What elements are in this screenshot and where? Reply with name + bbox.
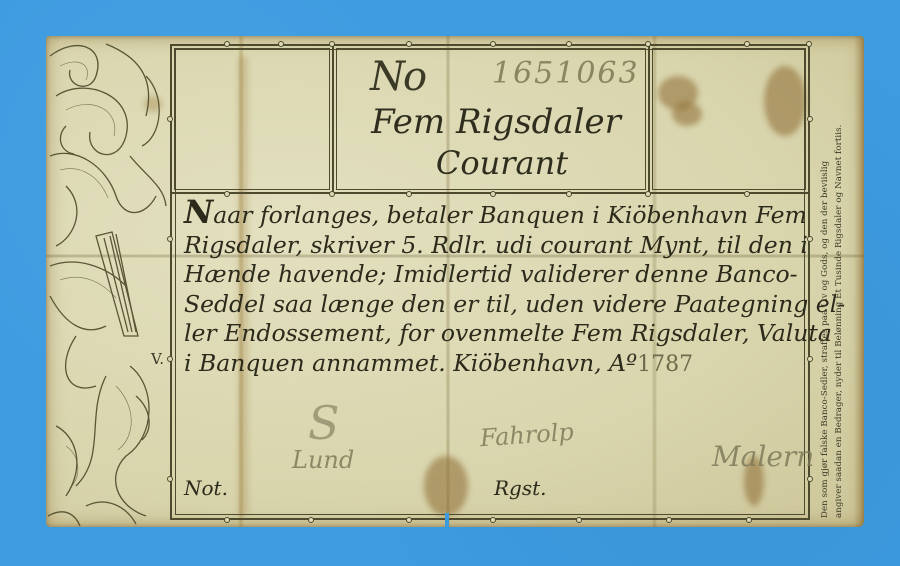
ornamental-scroll-panel — [46, 36, 170, 527]
promissory-text: Naar forlanges, betaler Banquen i Kiöben… — [184, 198, 806, 379]
frame-bead — [566, 191, 572, 197]
frame-bead — [666, 517, 672, 523]
frame-bead — [406, 191, 412, 197]
paper-tear — [445, 513, 449, 527]
header-box-right — [648, 44, 810, 194]
signature-right: Malern — [712, 440, 814, 473]
denomination-title: Fem Rigsdaler — [356, 102, 636, 142]
label-rgst: Rgst. — [494, 476, 547, 500]
frame-bead — [744, 41, 750, 47]
frame-bead — [576, 517, 582, 523]
frame-bead — [167, 236, 173, 242]
drop-cap: N — [184, 193, 213, 231]
issue-year: 1787 — [637, 352, 693, 377]
frame-bead — [167, 116, 173, 122]
frame-bead — [566, 41, 572, 47]
serial-label: No — [370, 54, 425, 100]
frame-bead — [167, 476, 173, 482]
serial-number: 1651063 — [492, 56, 640, 91]
frame-bead — [308, 517, 314, 523]
margin-line: angiver saadan en Bedrager, nyder til Be… — [834, 125, 844, 518]
frame-bead — [490, 41, 496, 47]
frame-bead — [224, 191, 230, 197]
margin-line: Den som gjør falske Banco-Sedler, straff… — [820, 161, 830, 518]
currency-title: Courant — [392, 144, 612, 182]
issue-label: Aº — [609, 349, 637, 377]
body-line: Rigsdaler, skriver 5. Rdlr. udi courant … — [184, 231, 806, 261]
frame-bead — [645, 191, 651, 197]
label-not: Not. — [184, 476, 228, 500]
signature-scrawl: S — [308, 396, 340, 450]
frame-bead — [490, 191, 496, 197]
frame-bead — [806, 41, 812, 47]
frame-bead — [406, 41, 412, 47]
frame-bead — [744, 191, 750, 197]
signature-left: Lund — [292, 446, 354, 474]
frame-bead — [224, 41, 230, 47]
acanthus-scroll-icon — [46, 36, 170, 527]
banknote-header: No 1651063 Fem Rigsdaler Courant — [332, 50, 650, 190]
frame-bead — [406, 517, 412, 523]
banknote: V. No 1651063 Fem Rigsdaler Courant Naar… — [46, 36, 864, 527]
body-line: i Banquen annammet. Kiöbenhavn, Aº1787 — [184, 349, 806, 380]
body-line: ler Endossement, for ovenmelte Fem Rigsd… — [184, 319, 806, 349]
body-line: Naar forlanges, betaler Banquen i Kiöben… — [184, 198, 806, 231]
body-line: Seddel saa længe den er til, uden videre… — [184, 290, 806, 320]
frame-bead — [167, 356, 173, 362]
frame-bead — [490, 517, 496, 523]
frame-bead — [329, 191, 335, 197]
margin-warning-text: Den som gjør falske Banco-Sedler, straff… — [816, 40, 860, 520]
frame-bead — [807, 116, 813, 122]
frame-bead — [746, 517, 752, 523]
header-box-left — [170, 44, 334, 194]
frame-bead — [329, 41, 335, 47]
frame-bead — [645, 41, 651, 47]
side-denomination-mark: V. — [151, 350, 164, 368]
frame-bead — [224, 517, 230, 523]
frame-bead — [807, 356, 813, 362]
body-line: Hænde havende; Imidlertid validerer denn… — [184, 260, 806, 290]
frame-bead — [278, 41, 284, 47]
frame-bead — [807, 476, 813, 482]
